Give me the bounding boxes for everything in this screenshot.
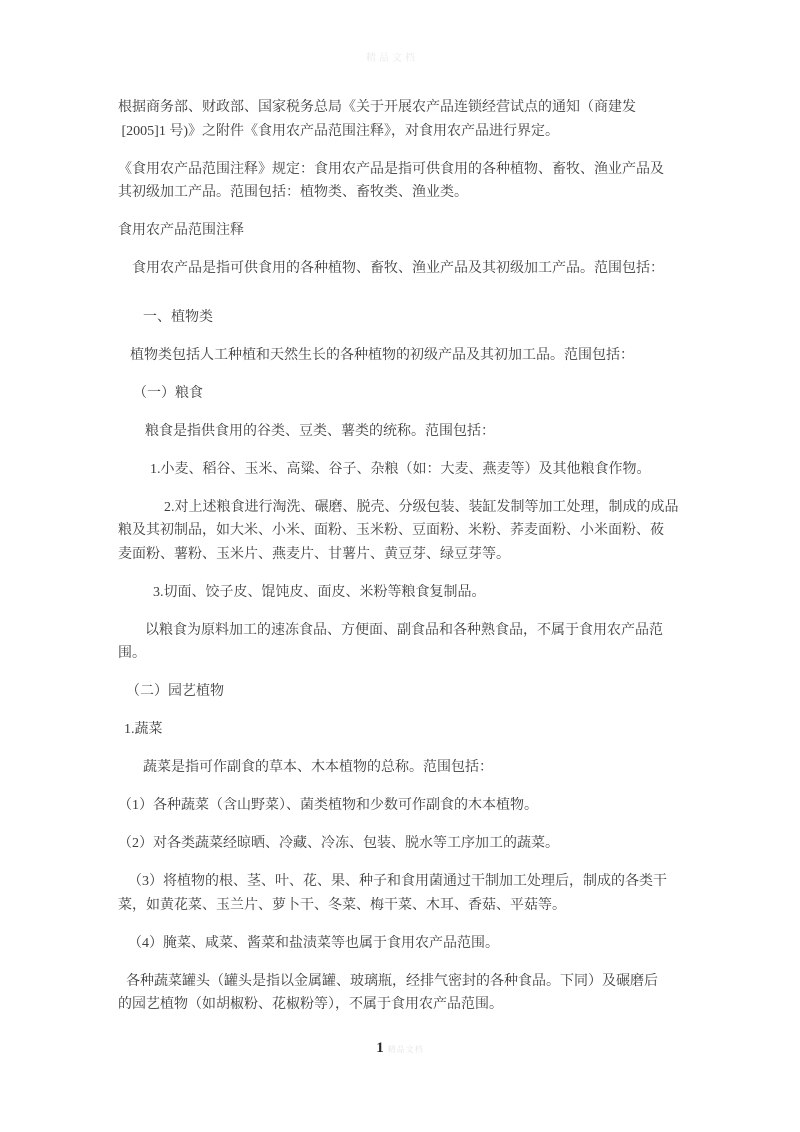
document-page: 精品文档 根据商务部、财政部、国家税务总局《关于开展农产品连锁经营试点的通知（商… — [0, 0, 800, 1132]
paragraph-grain-definition: 粮食是指供食用的谷类、豆类、薯类的统称。范围包括： — [118, 420, 694, 444]
paragraph-intro-basis: 根据商务部、财政部、国家税务总局《关于开展农产品连锁经营试点的通知（商建发 [2… — [118, 96, 694, 143]
heading-subsection-horticulture: （二）园艺植物 — [118, 680, 694, 704]
paragraph-doc-title: 食用农产品范围注释 — [118, 219, 694, 243]
document-body: 根据商务部、财政部、国家税务总局《关于开展农产品连锁经营试点的通知（商建发 [2… — [118, 96, 694, 1031]
paragraph-vegetables-definition: 蔬菜是指可作副食的草本、木本植物的总称。范围包括： — [118, 756, 694, 780]
paragraph-definition: 《食用农产品范围注释》规定：食用农产品是指可供食用的各种植物、畜牧、渔业产品及 … — [118, 158, 694, 205]
footer-watermark: 精品文档 — [388, 1044, 424, 1055]
page-footer: 1 精品文档 — [0, 1040, 800, 1057]
paragraph-grain-item-3: 3.切面、饺子皮、馄饨皮、面皮、米粉等粮食复制品。 — [118, 581, 694, 605]
paragraph-vegetables-item-1: （1）各种蔬菜（含山野菜）、菌类植物和少数可作副食的木本植物。 — [118, 794, 694, 818]
paragraph-grain-item-2: 2.对上述粮食进行淘洗、碾磨、脱壳、分级包装、装缸发制等加工处理，制成的成品 粮… — [118, 496, 694, 567]
paragraph-scope-summary: 食用农产品是指可供食用的各种植物、畜牧、渔业产品及其初级加工产品。范围包括： — [118, 257, 694, 281]
header-watermark: 精品文档 — [0, 49, 792, 64]
heading-subsection-grain: （一）粮食 — [118, 382, 694, 406]
heading-vegetables: 1.蔬菜 — [118, 718, 694, 742]
paragraph-canned-exclusion: 各种蔬菜罐头（罐头是指以金属罐、玻璃瓶，经排气密封的各种食品。下同）及碾磨后 的… — [118, 970, 694, 1017]
paragraph-vegetables-item-3: （3）将植物的根、茎、叶、花、果、种子和食用菌通过干制加工处理后，制成的各类干 … — [118, 870, 694, 917]
paragraph-plants-definition: 植物类包括人工种植和天然生长的各种植物的初级产品及其初加工品。范围包括： — [118, 344, 694, 368]
page-number: 1 — [376, 1040, 384, 1057]
paragraph-grain-item-1: 1.小麦、稻谷、玉米、高粱、谷子、杂粮（如：大麦、燕麦等）及其他粮食作物。 — [118, 458, 694, 482]
heading-section-1-plants: 一、植物类 — [118, 306, 694, 330]
paragraph-vegetables-item-2: （2）对各类蔬菜经晾晒、冷藏、冷冻、包装、脱水等工序加工的蔬菜。 — [118, 832, 694, 856]
paragraph-vegetables-item-4: （4）腌菜、咸菜、酱菜和盐渍菜等也属于食用农产品范围。 — [118, 932, 694, 956]
paragraph-grain-exclusion: 以粮食为原料加工的速冻食品、方便面、副食品和各种熟食品，不属于食用农产品范 围。 — [118, 619, 694, 666]
